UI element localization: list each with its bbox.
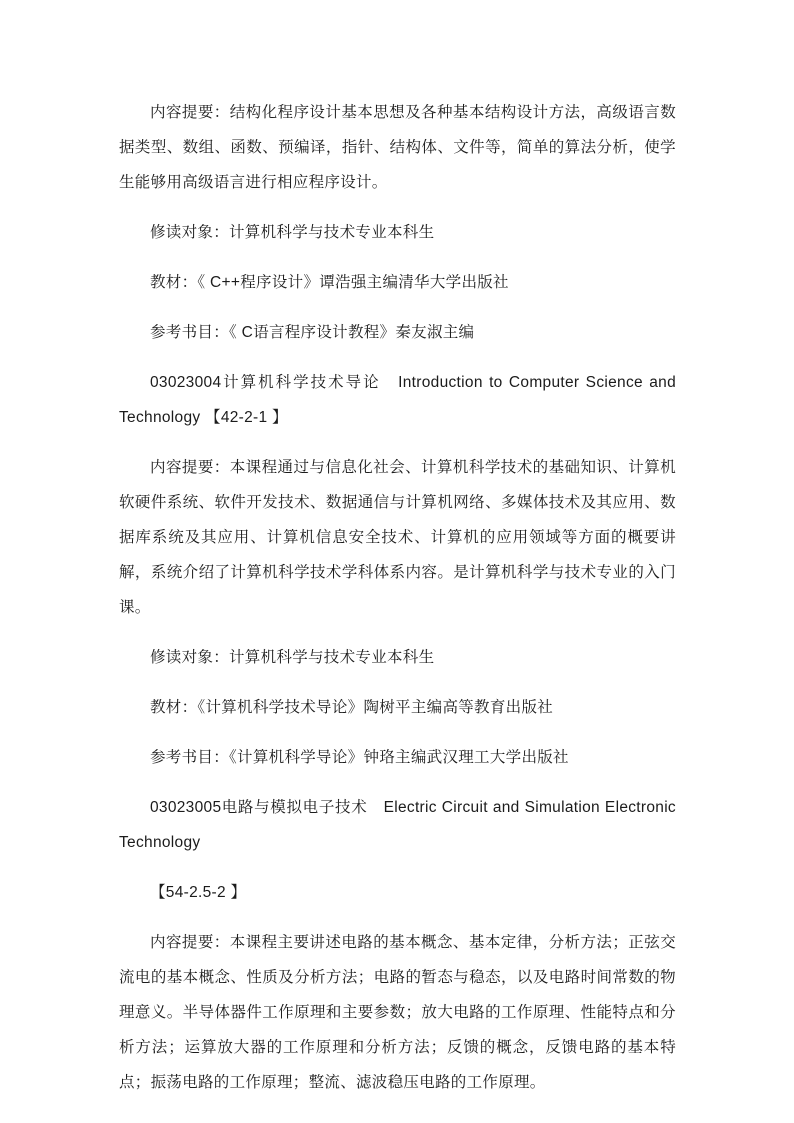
course-3-summary: 内容提要：本课程主要讲述电路的基本概念、基本定律，分析方法；正弦交流电的基本概念… [119,925,676,1100]
course-1-audience: 修读对象：计算机科学与技术专业本科生 [119,215,676,250]
course-2-reference: 参考书目：《计算机科学导论》钟珞主编武汉理工大学出版社 [119,740,676,775]
course-2-audience: 修读对象：计算机科学与技术专业本科生 [119,640,676,675]
course-1-reference: 参考书目：《 C语言程序设计教程》秦友淑主编 [119,315,676,350]
course-1-summary: 内容提要：结构化程序设计基本思想及各种基本结构设计方法，高级语言数据类型、数组、… [119,95,676,200]
document-page: 内容提要：结构化程序设计基本思想及各种基本结构设计方法，高级语言数据类型、数组、… [0,0,794,1123]
course-2-summary: 内容提要：本课程通过与信息化社会、计算机科学技术的基础知识、计算机软硬件系统、软… [119,450,676,625]
course-3-credit-hours: 【54-2.5-2 】 [119,875,676,910]
document-body: 内容提要：结构化程序设计基本思想及各种基本结构设计方法，高级语言数据类型、数组、… [119,95,676,1100]
course-2-textbook: 教材：《计算机科学技术导论》陶树平主编高等教育出版社 [119,690,676,725]
course-3-heading: 03023005电路与模拟电子技术 Electric Circuit and S… [119,790,676,860]
course-2-heading: 03023004计算机科学技术导论 Introduction to Comput… [119,365,676,435]
course-1-textbook: 教材：《 C++程序设计》谭浩强主编清华大学出版社 [119,265,676,300]
